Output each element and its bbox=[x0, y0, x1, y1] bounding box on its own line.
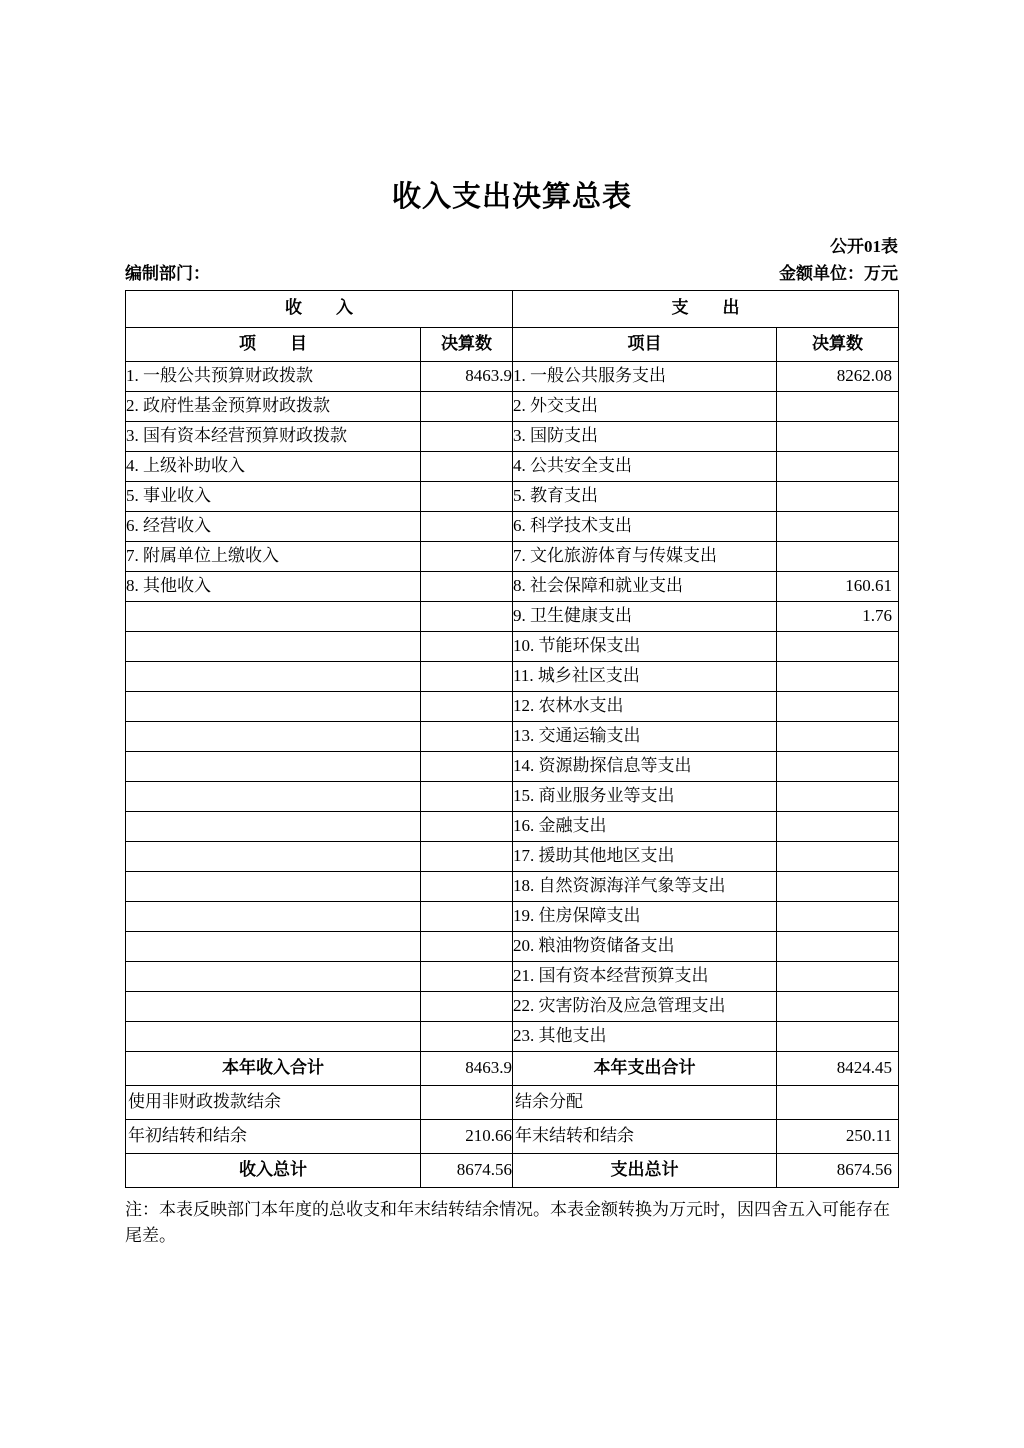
expense-value-cell bbox=[777, 901, 899, 931]
income-value-cell bbox=[421, 541, 513, 571]
income-value-cell bbox=[421, 1021, 513, 1051]
income-value-cell bbox=[421, 511, 513, 541]
unit-label: 金额单位：万元 bbox=[779, 264, 898, 284]
expense-value-cell bbox=[777, 391, 899, 421]
expense-item-cell: 支出总计 bbox=[513, 1153, 777, 1187]
table-row: 14. 资源勘探信息等支出 bbox=[126, 751, 899, 781]
expense-value-cell bbox=[777, 541, 899, 571]
expense-item-cell: 10. 节能环保支出 bbox=[513, 631, 777, 661]
expense-value-cell bbox=[777, 511, 899, 541]
table-row: 9. 卫生健康支出1.76 bbox=[126, 601, 899, 631]
income-value-cell bbox=[421, 781, 513, 811]
expense-item-cell: 6. 科学技术支出 bbox=[513, 511, 777, 541]
prepared-by-label: 编制部门： bbox=[125, 264, 210, 284]
table-row: 1. 一般公共预算财政拨款8463.91. 一般公共服务支出8262.08 bbox=[126, 361, 899, 391]
table-row: 10. 节能环保支出 bbox=[126, 631, 899, 661]
income-item-cell bbox=[126, 721, 421, 751]
expense-item-cell: 13. 交通运输支出 bbox=[513, 721, 777, 751]
expense-value-cell bbox=[777, 931, 899, 961]
expense-value-cell bbox=[777, 691, 899, 721]
expense-value-cell bbox=[777, 871, 899, 901]
income-value-cell: 8674.56 bbox=[421, 1153, 513, 1187]
expense-item-cell: 22. 灾害防治及应急管理支出 bbox=[513, 991, 777, 1021]
income-item-cell: 7. 附属单位上缴收入 bbox=[126, 541, 421, 571]
expense-value-cell bbox=[777, 421, 899, 451]
income-value-cell bbox=[421, 811, 513, 841]
expense-item-cell: 5. 教育支出 bbox=[513, 481, 777, 511]
income-item-cell bbox=[126, 961, 421, 991]
income-value-cell bbox=[421, 901, 513, 931]
expense-value-cell bbox=[777, 961, 899, 991]
sheet: 公开01表 编制部门： 金额单位：万元 收 入 支 出 项 目 决算数 bbox=[125, 237, 898, 1249]
expense-item-cell: 18. 自然资源海洋气象等支出 bbox=[513, 871, 777, 901]
income-item-cell: 4. 上级补助收入 bbox=[126, 451, 421, 481]
income-item-cell: 2. 政府性基金预算财政拨款 bbox=[126, 391, 421, 421]
income-value-cell bbox=[421, 631, 513, 661]
expense-item-cell: 本年支出合计 bbox=[513, 1051, 777, 1085]
income-item-cell: 使用非财政拨款结余 bbox=[126, 1085, 421, 1119]
income-value-cell bbox=[421, 421, 513, 451]
expense-value-cell: 8424.45 bbox=[777, 1051, 899, 1085]
income-item-cell bbox=[126, 931, 421, 961]
expense-value-cell bbox=[777, 841, 899, 871]
expense-section-header: 支 出 bbox=[513, 290, 899, 327]
table-row: 22. 灾害防治及应急管理支出 bbox=[126, 991, 899, 1021]
income-item-cell bbox=[126, 841, 421, 871]
income-item-cell bbox=[126, 691, 421, 721]
expense-value-cell bbox=[777, 811, 899, 841]
table-row: 16. 金融支出 bbox=[126, 811, 899, 841]
income-value-cell bbox=[421, 961, 513, 991]
table-row: 15. 商业服务业等支出 bbox=[126, 781, 899, 811]
table-row: 8. 其他收入8. 社会保障和就业支出160.61 bbox=[126, 571, 899, 601]
expense-item-cell: 3. 国防支出 bbox=[513, 421, 777, 451]
income-item-cell bbox=[126, 661, 421, 691]
income-value-cell bbox=[421, 871, 513, 901]
expense-item-cell: 12. 农林水支出 bbox=[513, 691, 777, 721]
income-item-cell bbox=[126, 991, 421, 1021]
income-value-cell bbox=[421, 721, 513, 751]
income-item-cell: 8. 其他收入 bbox=[126, 571, 421, 601]
income-item-cell bbox=[126, 901, 421, 931]
table-row: 11. 城乡社区支出 bbox=[126, 661, 899, 691]
expense-value-cell bbox=[777, 661, 899, 691]
expense-value-cell bbox=[777, 781, 899, 811]
expense-item-cell: 结余分配 bbox=[513, 1085, 777, 1119]
expense-value-header: 决算数 bbox=[777, 327, 899, 361]
expense-item-header: 项目 bbox=[513, 327, 777, 361]
summary-table: 收 入 支 出 项 目 决算数 项目 决算数 1. 一般公共预算财政拨款8463… bbox=[125, 290, 899, 1188]
table-row: 4. 上级补助收入4. 公共安全支出 bbox=[126, 451, 899, 481]
expense-value-cell bbox=[777, 481, 899, 511]
document-page: 收入支出决算总表 公开01表 编制部门： 金额单位：万元 收 入 支 出 项 目 bbox=[0, 0, 1024, 1448]
expense-value-cell bbox=[777, 751, 899, 781]
income-value-header: 决算数 bbox=[421, 327, 513, 361]
income-item-cell: 3. 国有资本经营预算财政拨款 bbox=[126, 421, 421, 451]
expense-item-cell: 8. 社会保障和就业支出 bbox=[513, 571, 777, 601]
income-value-cell bbox=[421, 991, 513, 1021]
meta-line: 编制部门： 金额单位：万元 bbox=[125, 264, 898, 284]
expense-item-cell: 2. 外交支出 bbox=[513, 391, 777, 421]
expense-item-cell: 11. 城乡社区支出 bbox=[513, 661, 777, 691]
income-value-cell bbox=[421, 931, 513, 961]
income-item-cell bbox=[126, 1021, 421, 1051]
income-value-cell bbox=[421, 451, 513, 481]
expense-item-cell: 年末结转和结余 bbox=[513, 1119, 777, 1153]
income-item-cell bbox=[126, 871, 421, 901]
income-value-cell: 8463.9 bbox=[421, 1051, 513, 1085]
income-item-cell: 本年收入合计 bbox=[126, 1051, 421, 1085]
total-row: 收入总计8674.56支出总计8674.56 bbox=[126, 1153, 899, 1187]
expense-item-cell: 7. 文化旅游体育与传媒支出 bbox=[513, 541, 777, 571]
expense-value-cell bbox=[777, 721, 899, 751]
table-row: 23. 其他支出 bbox=[126, 1021, 899, 1051]
expense-value-cell bbox=[777, 1021, 899, 1051]
table-row: 13. 交通运输支出 bbox=[126, 721, 899, 751]
table-row: 2. 政府性基金预算财政拨款2. 外交支出 bbox=[126, 391, 899, 421]
expense-item-cell: 17. 援助其他地区支出 bbox=[513, 841, 777, 871]
plain-row: 使用非财政拨款结余结余分配 bbox=[126, 1085, 899, 1119]
income-item-cell bbox=[126, 631, 421, 661]
expense-item-cell: 15. 商业服务业等支出 bbox=[513, 781, 777, 811]
table-row: 17. 援助其他地区支出 bbox=[126, 841, 899, 871]
table-row: 7. 附属单位上缴收入7. 文化旅游体育与传媒支出 bbox=[126, 541, 899, 571]
table-row: 19. 住房保障支出 bbox=[126, 901, 899, 931]
income-item-cell: 收入总计 bbox=[126, 1153, 421, 1187]
expense-item-cell: 14. 资源勘探信息等支出 bbox=[513, 751, 777, 781]
expense-item-cell: 1. 一般公共服务支出 bbox=[513, 361, 777, 391]
income-item-cell: 年初结转和结余 bbox=[126, 1119, 421, 1153]
income-value-cell: 8463.9 bbox=[421, 361, 513, 391]
expense-item-cell: 4. 公共安全支出 bbox=[513, 451, 777, 481]
column-header-row: 项 目 决算数 项目 决算数 bbox=[126, 327, 899, 361]
table-body: 1. 一般公共预算财政拨款8463.91. 一般公共服务支出8262.082. … bbox=[126, 361, 899, 1187]
form-number: 公开01表 bbox=[125, 237, 898, 257]
income-value-cell bbox=[421, 571, 513, 601]
expense-value-cell: 250.11 bbox=[777, 1119, 899, 1153]
income-value-cell bbox=[421, 481, 513, 511]
expense-value-cell: 8674.56 bbox=[777, 1153, 899, 1187]
subtotal-row: 本年收入合计8463.9本年支出合计8424.45 bbox=[126, 1051, 899, 1085]
income-value-cell bbox=[421, 391, 513, 421]
income-value-cell bbox=[421, 1085, 513, 1119]
income-value-cell bbox=[421, 661, 513, 691]
expense-item-cell: 16. 金融支出 bbox=[513, 811, 777, 841]
expense-value-cell bbox=[777, 451, 899, 481]
expense-item-cell: 20. 粮油物资储备支出 bbox=[513, 931, 777, 961]
income-value-cell bbox=[421, 601, 513, 631]
income-section-header: 收 入 bbox=[126, 290, 513, 327]
income-item-cell bbox=[126, 751, 421, 781]
table-row: 6. 经营收入6. 科学技术支出 bbox=[126, 511, 899, 541]
expense-value-cell bbox=[777, 631, 899, 661]
expense-value-cell: 1.76 bbox=[777, 601, 899, 631]
expense-item-cell: 9. 卫生健康支出 bbox=[513, 601, 777, 631]
income-item-cell bbox=[126, 601, 421, 631]
table-row: 18. 自然资源海洋气象等支出 bbox=[126, 871, 899, 901]
expense-value-cell: 8262.08 bbox=[777, 361, 899, 391]
income-value-cell bbox=[421, 841, 513, 871]
expense-item-cell: 19. 住房保障支出 bbox=[513, 901, 777, 931]
table-row: 20. 粮油物资储备支出 bbox=[126, 931, 899, 961]
income-item-cell bbox=[126, 781, 421, 811]
plain-row: 年初结转和结余210.66年末结转和结余250.11 bbox=[126, 1119, 899, 1153]
page-title: 收入支出决算总表 bbox=[0, 0, 1024, 215]
footnote: 注：本表反映部门本年度的总收支和年末结转结余情况。本表金额转换为万元时，因四舍五… bbox=[125, 1197, 898, 1250]
expense-value-cell bbox=[777, 1085, 899, 1119]
table-row: 5. 事业收入5. 教育支出 bbox=[126, 481, 899, 511]
income-item-cell: 6. 经营收入 bbox=[126, 511, 421, 541]
income-value-cell bbox=[421, 691, 513, 721]
table-row: 21. 国有资本经营预算支出 bbox=[126, 961, 899, 991]
income-value-cell bbox=[421, 751, 513, 781]
table-row: 3. 国有资本经营预算财政拨款3. 国防支出 bbox=[126, 421, 899, 451]
section-header-row: 收 入 支 出 bbox=[126, 290, 899, 327]
income-item-cell bbox=[126, 811, 421, 841]
table-row: 12. 农林水支出 bbox=[126, 691, 899, 721]
expense-item-cell: 23. 其他支出 bbox=[513, 1021, 777, 1051]
expense-item-cell: 21. 国有资本经营预算支出 bbox=[513, 961, 777, 991]
expense-value-cell bbox=[777, 991, 899, 1021]
income-item-cell: 5. 事业收入 bbox=[126, 481, 421, 511]
income-value-cell: 210.66 bbox=[421, 1119, 513, 1153]
income-item-header: 项 目 bbox=[126, 327, 421, 361]
income-item-cell: 1. 一般公共预算财政拨款 bbox=[126, 361, 421, 391]
expense-value-cell: 160.61 bbox=[777, 571, 899, 601]
